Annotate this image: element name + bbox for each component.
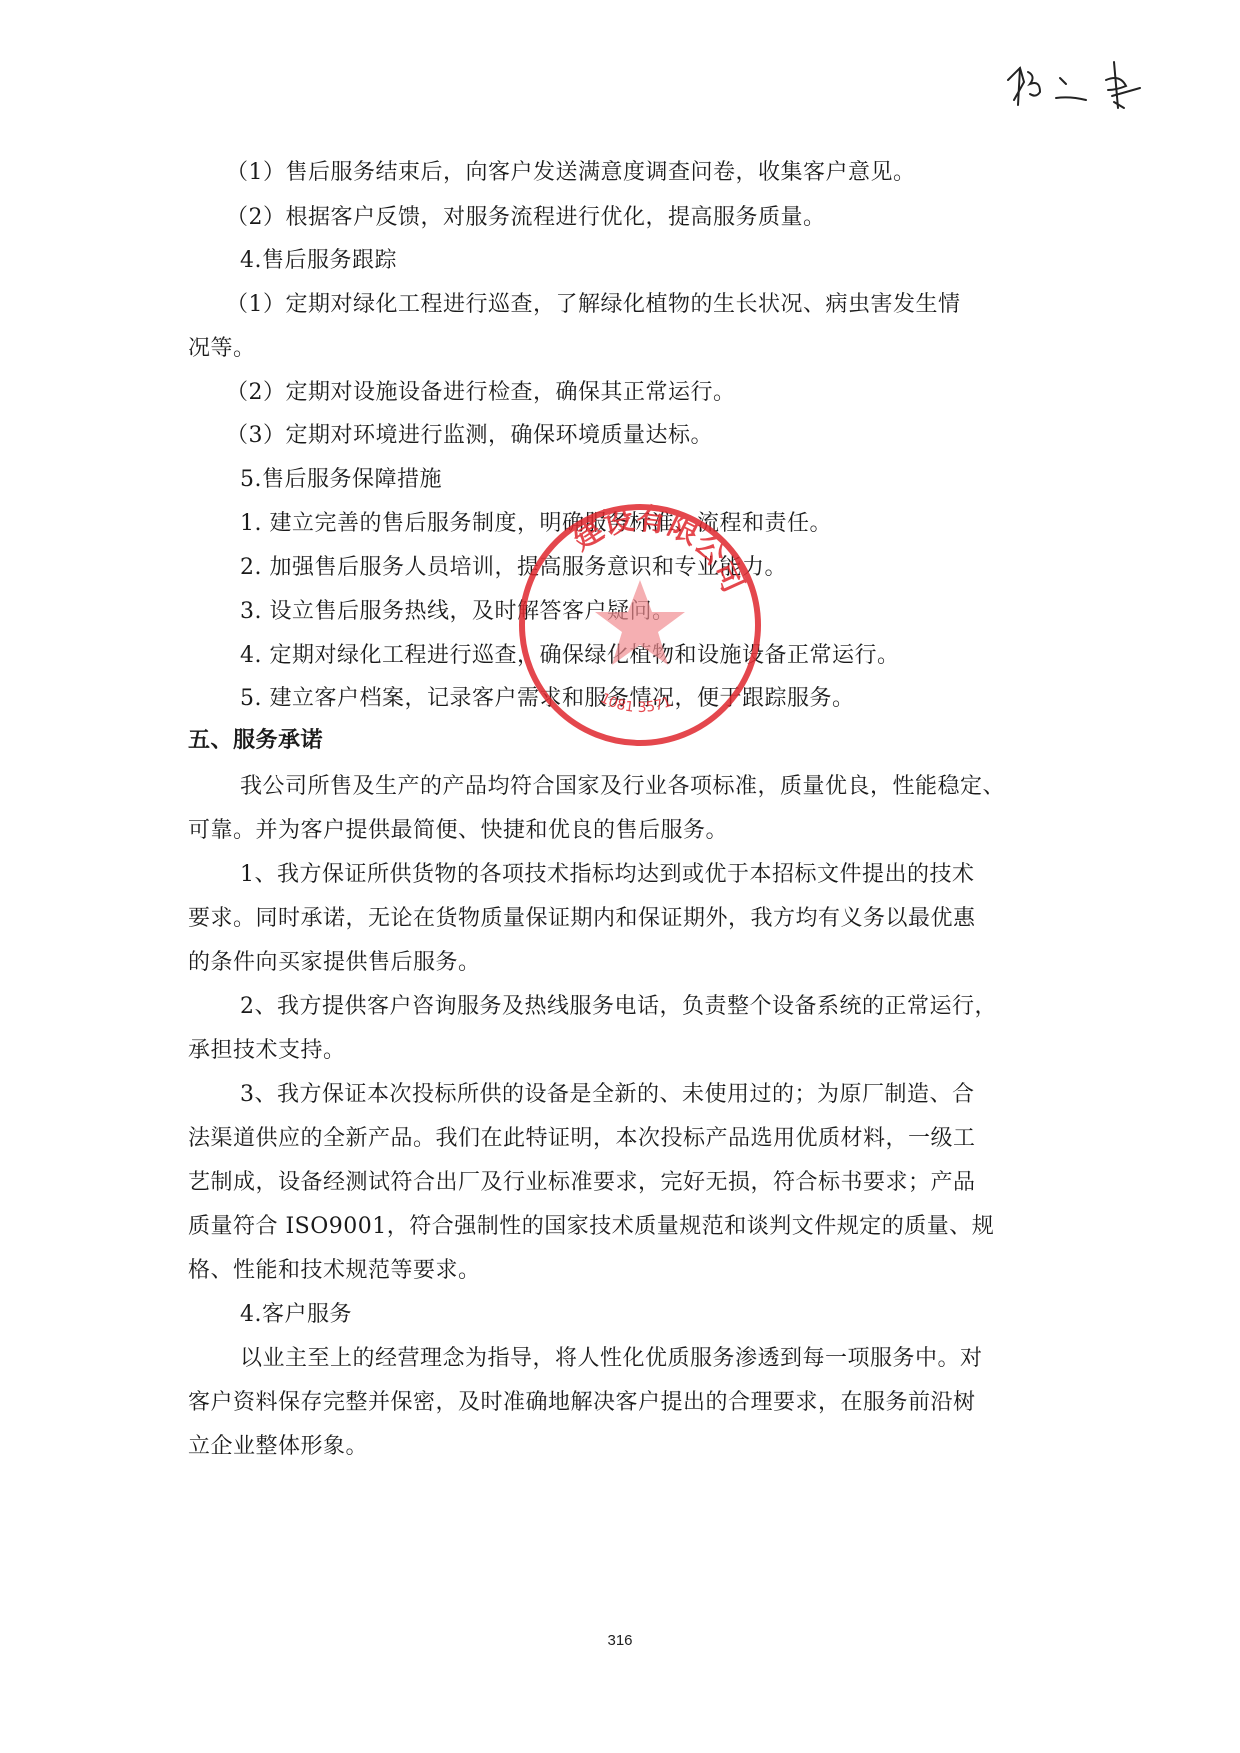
text-line: 艺制成，设备经测试符合出厂及行业标准要求，完好无损，符合标书要求；产品 — [188, 1168, 976, 1198]
text-line: 2、我方提供客户咨询服务及热线服务电话，负责整个设备系统的正常运行， — [240, 992, 997, 1022]
text-line: 以业主至上的经营理念为指导，将人性化优质服务渗透到每一项服务中。对 — [240, 1344, 983, 1374]
text-line: （1）售后服务结束后，向客户发送满意度调查问卷，收集客户意见。 — [226, 158, 916, 188]
document-page: （1）售后服务结束后，向客户发送满意度调查问卷，收集客户意见。 （2）根据客户反… — [0, 0, 1240, 1753]
text-line: 我公司所售及生产的产品均符合国家及行业各项标准，质量优良，性能稳定、 — [240, 772, 1005, 802]
text-line: （1）定期对绿化工程进行巡查，了解绿化植物的生长状况、病虫害发生情 — [226, 290, 961, 320]
text-line: 要求。同时承诺，无论在货物质量保证期内和保证期外，我方均有义务以最优惠 — [188, 904, 976, 934]
text-line: 可靠。并为客户提供最简便、快捷和优良的售后服务。 — [188, 816, 728, 846]
section-subheading: 5.售后服务保障措施 — [240, 465, 442, 495]
text-line: （2）根据客户反馈，对服务流程进行优化，提高服务质量。 — [226, 203, 826, 233]
list-item: 4. 定期对绿化工程进行巡查，确保绿化植物和设施设备正常运行。 — [240, 641, 900, 671]
list-item: 3. 设立售后服务热线，及时解答客户疑问。 — [240, 597, 675, 627]
text-line: （2）定期对设施设备进行检查，确保其正常运行。 — [226, 378, 736, 408]
text-line: 法渠道供应的全新产品。我们在此特证明，本次投标产品选用优质材料，一级工 — [188, 1124, 976, 1154]
text-line: 1、我方保证所供货物的各项技术指标均达到或优于本招标文件提出的技术 — [240, 860, 975, 890]
list-item: 1. 建立完善的售后服务制度，明确服务标准、流程和责任。 — [240, 509, 832, 539]
text-line: 况等。 — [188, 334, 256, 364]
handwritten-signature — [1000, 50, 1160, 120]
text-line: 立企业整体形象。 — [188, 1432, 368, 1462]
text-line: 承担技术支持。 — [188, 1036, 346, 1066]
text-line: （3）定期对环境进行监测，确保环境质量达标。 — [226, 421, 713, 451]
list-item: 5. 建立客户档案，记录客户需求和服务情况，便于跟踪服务。 — [240, 684, 855, 714]
text-line: 客户资料保存完整并保密，及时准确地解决客户提出的合理要求，在服务前沿树 — [188, 1388, 976, 1418]
list-item: 2. 加强售后服务人员培训，提高服务意识和专业能力。 — [240, 553, 787, 583]
text-line: 格、性能和技术规范等要求。 — [188, 1256, 481, 1286]
section-heading: 五、服务承诺 — [188, 725, 323, 755]
page-number: 316 — [0, 1632, 1240, 1649]
text-line: 的条件向买家提供售后服务。 — [188, 948, 481, 978]
text-line: 质量符合 ISO9001，符合强制性的国家技术质量规范和谈判文件规定的质量、规 — [188, 1212, 994, 1242]
text-line: 3、我方保证本次投标所供的设备是全新的、未使用过的；为原厂制造、合 — [240, 1080, 975, 1110]
section-subheading: 4.售后服务跟踪 — [240, 246, 397, 276]
section-subheading: 4.客户服务 — [240, 1300, 352, 1330]
